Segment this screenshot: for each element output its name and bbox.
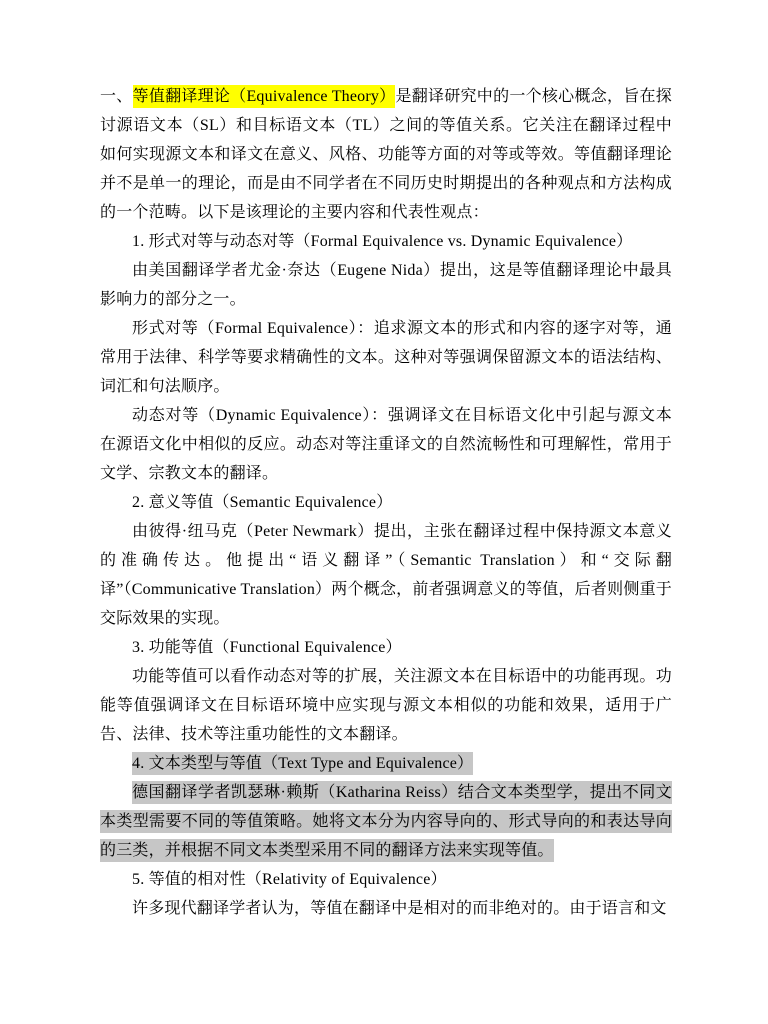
paragraph: 1. 形式对等与动态对等（Formal Equivalence vs. Dyna… <box>100 227 672 256</box>
paragraph: 3. 功能等值（Functional Equivalence） <box>100 633 672 662</box>
gray-highlighted-text: 4. 文本类型与等值（Text Type and Equivalence） <box>132 752 473 775</box>
text-run: 功能等值可以看作动态对等的扩展，关注源文本在目标语中的功能再现。功能等值强调译文… <box>100 668 672 743</box>
document-page: 一、等值翻译理论（Equivalence Theory）是翻译研究中的一个核心概… <box>0 0 768 1024</box>
text-run: 由美国翻译学者尤金·奈达（Eugene Nida）提出，这是等值翻译理论中最具影… <box>100 262 672 308</box>
paragraph: 功能等值可以看作动态对等的扩展，关注源文本在目标语中的功能再现。功能等值强调译文… <box>100 662 672 749</box>
yellow-highlighted-text: 等值翻译理论（Equivalence Theory） <box>133 85 396 108</box>
paragraph: 由美国翻译学者尤金·奈达（Eugene Nida）提出，这是等值翻译理论中最具影… <box>100 256 672 314</box>
text-run: 3. 功能等值（Functional Equivalence） <box>132 639 402 656</box>
text-run: 2. 意义等值（Semantic Equivalence） <box>132 494 392 511</box>
paragraph: 2. 意义等值（Semantic Equivalence） <box>100 488 672 517</box>
paragraph: 一、等值翻译理论（Equivalence Theory）是翻译研究中的一个核心概… <box>100 82 672 227</box>
text-run: 由彼得·纽马克（Peter Newmark）提出，主张在翻译过程中保持源文本意义… <box>100 523 672 627</box>
text-run: 一、 <box>100 88 133 105</box>
text-run: 形式对等（Formal Equivalence）：追求源文本的形式和内容的逐字对… <box>100 320 672 395</box>
text-run: 1. 形式对等与动态对等（Formal Equivalence vs. Dyna… <box>132 233 632 250</box>
paragraph: 动态对等（Dynamic Equivalence）：强调译文在目标语文化中引起与… <box>100 401 672 488</box>
paragraph: 德国翻译学者凯瑟琳·赖斯（Katharina Reiss）结合文本类型学，提出不… <box>100 778 672 865</box>
paragraph: 形式对等（Formal Equivalence）：追求源文本的形式和内容的逐字对… <box>100 314 672 401</box>
text-run: 动态对等（Dynamic Equivalence）：强调译文在目标语文化中引起与… <box>100 407 672 482</box>
text-run: 5. 等值的相对性（Relativity of Equivalence） <box>132 871 447 888</box>
gray-highlighted-text: 德国翻译学者凯瑟琳·赖斯（Katharina Reiss）结合文本类型学，提出不… <box>100 781 672 862</box>
paragraph: 5. 等值的相对性（Relativity of Equivalence） <box>100 865 672 894</box>
paragraph: 4. 文本类型与等值（Text Type and Equivalence） <box>100 749 672 778</box>
paragraph: 由彼得·纽马克（Peter Newmark）提出，主张在翻译过程中保持源文本意义… <box>100 517 672 633</box>
text-run: 许多现代翻译学者认为，等值在翻译中是相对的而非绝对的。由于语言和文 <box>132 900 667 917</box>
paragraph: 许多现代翻译学者认为，等值在翻译中是相对的而非绝对的。由于语言和文 <box>100 894 672 923</box>
document-body: 一、等值翻译理论（Equivalence Theory）是翻译研究中的一个核心概… <box>100 82 672 923</box>
